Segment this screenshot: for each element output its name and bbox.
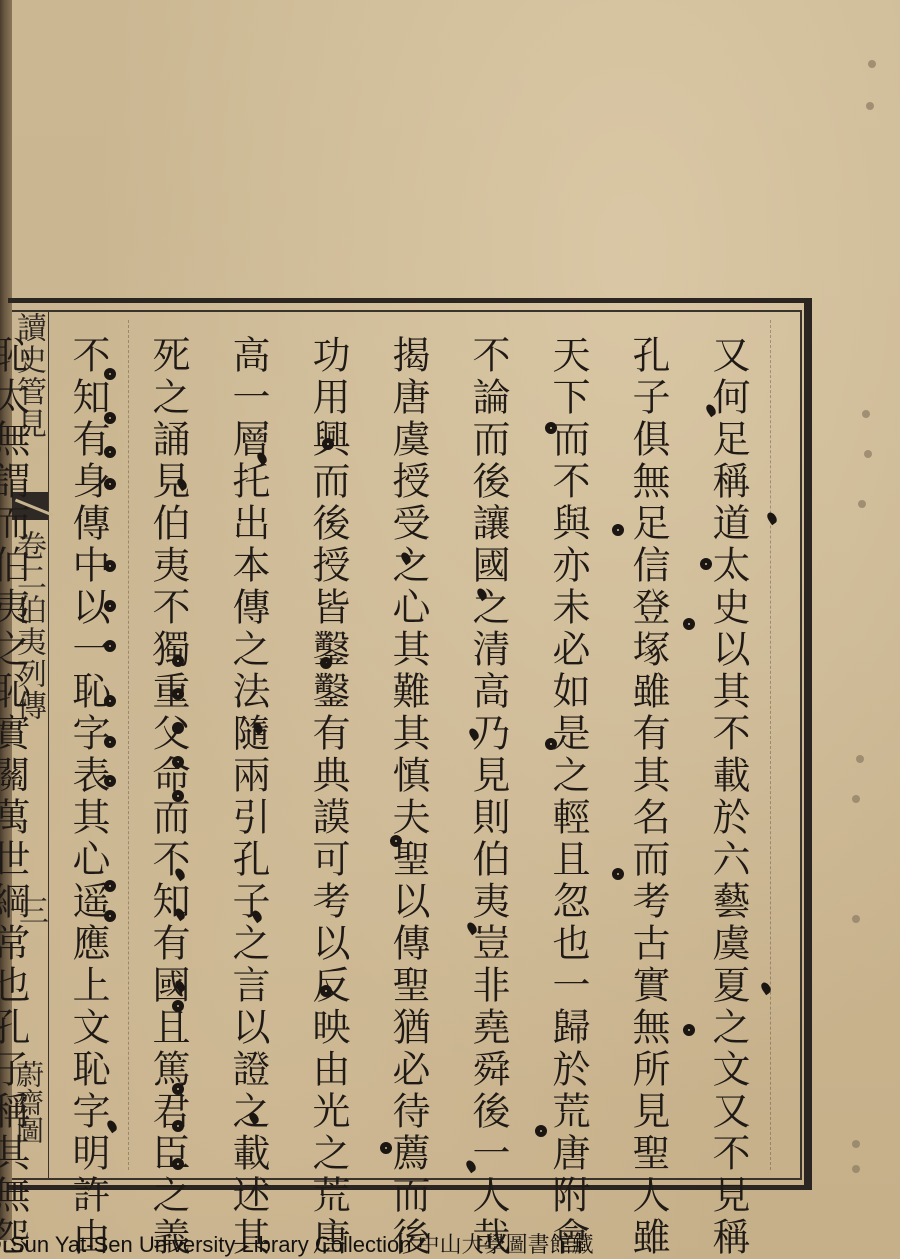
circle-mark-icon	[322, 438, 334, 450]
text-column-2: 孔子俱無足信登塚雖有其名而考古實無所見聖人雖有	[608, 335, 688, 1180]
text-column-3: 天下而不與亦未必如是之輕且忽也一歸於荒唐附會而	[528, 335, 608, 1180]
circle-mark-icon	[320, 985, 332, 997]
circle-mark-icon	[172, 1000, 184, 1012]
circle-mark-icon	[172, 790, 184, 802]
circle-mark-icon	[104, 640, 116, 652]
text-column-8: 死之誦見伯夷不獨重父命而不知有國且篤君臣之義而	[128, 335, 208, 1180]
circle-mark-icon	[104, 880, 116, 892]
circle-mark-icon	[172, 1083, 184, 1095]
text-column-6: 功用興而後授皆鑿鑿有典謨可考以反映由光之荒唐是	[288, 335, 368, 1180]
circle-mark-icon	[104, 560, 116, 572]
circle-mark-icon	[104, 910, 116, 922]
circle-mark-icon	[380, 1142, 392, 1154]
circle-mark-icon	[700, 558, 712, 570]
circle-mark-icon	[172, 1120, 184, 1132]
circle-mark-icon	[545, 738, 557, 750]
circle-mark-icon	[172, 1158, 184, 1170]
circle-mark-icon	[545, 422, 557, 434]
circle-mark-icon	[104, 368, 116, 380]
collection-name-chinese: 中山大學圖書館藏	[418, 1232, 594, 1257]
circle-mark-icon	[172, 688, 184, 700]
main-text-body: 又何足稱道太史以其不載於六藝虞夏之文又不見稱於 孔子俱無足信登塚雖有其名而考古實…	[58, 335, 768, 1180]
text-column-7: 高一層托出本傳之法隨兩引孔子之言以證之載述其臨	[208, 335, 288, 1180]
circle-mark-icon	[172, 722, 184, 734]
circle-mark-icon	[172, 655, 184, 667]
collection-name-english: Sun Yat-Sen University Library Collectio…	[10, 1232, 411, 1257]
text-column-5: 揭唐虞授受之心其難其慎夫聖以傳聖猶必待薦而後試	[368, 335, 448, 1180]
text-column-1: 又何足稱道太史以其不載於六藝虞夏之文又不見稱於	[688, 335, 768, 1180]
circle-mark-icon	[535, 1125, 547, 1137]
circle-mark-icon	[104, 446, 116, 458]
text-column-4: 不論而後讓國之清高乃見則伯夷豈非堯舜後一人哉首	[448, 335, 528, 1180]
circle-mark-icon	[104, 478, 116, 490]
collection-watermark: Sun Yat-Sen University Library Collectio…	[10, 1230, 594, 1259]
circle-mark-icon	[104, 775, 116, 787]
circle-mark-icon	[104, 695, 116, 707]
circle-mark-icon	[612, 524, 624, 536]
circle-mark-icon	[612, 868, 624, 880]
circle-mark-icon	[104, 736, 116, 748]
column-rule	[770, 320, 772, 1170]
circle-mark-icon	[172, 756, 184, 768]
circle-mark-icon	[320, 657, 332, 669]
circle-mark-icon	[683, 618, 695, 630]
circle-mark-icon	[390, 835, 402, 847]
circle-mark-icon	[104, 600, 116, 612]
text-column-9: 不知有身傳中以一恥字表其心遥應上文恥字明許由之	[48, 335, 128, 1180]
circle-mark-icon	[104, 412, 116, 424]
circle-mark-icon	[683, 1024, 695, 1036]
text-column-10: 恥太無謂而伯夷之恥實關萬世綱常也孔子稱其無怨而	[0, 335, 48, 1180]
